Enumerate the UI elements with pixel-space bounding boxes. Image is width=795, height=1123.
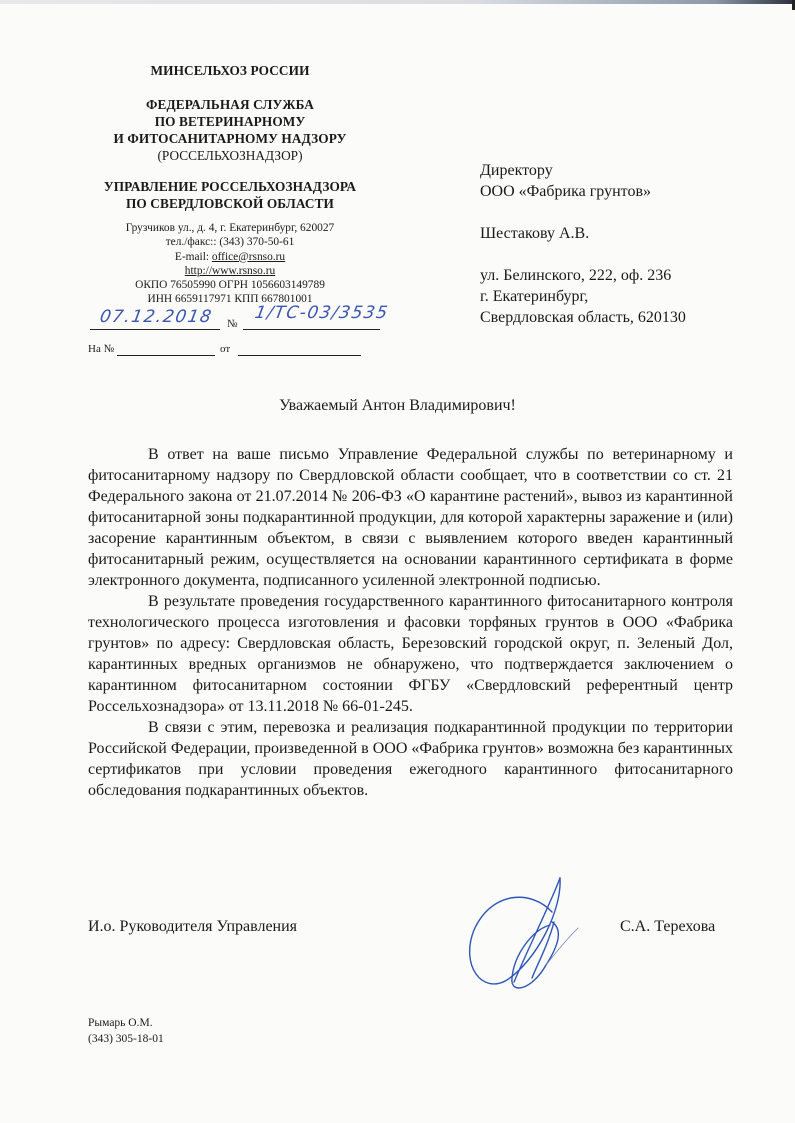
body-paragraph-3: В связи с этим, перевозка и реализация п… (88, 717, 733, 801)
date-line (90, 329, 220, 330)
org-phone: тел./факс:: (343) 370-50-61 (80, 235, 380, 249)
service-line-1: ФЕДЕРАЛЬНАЯ СЛУЖБА (80, 96, 380, 113)
signatory-role: И.о. Руководителя Управления (88, 918, 297, 936)
letterhead-ministry: МИНСЕЛЬХОЗ РОССИИ (80, 62, 380, 79)
reply-to-line (117, 355, 215, 356)
email-label: E-mail: (175, 251, 212, 263)
signatory-name: С.А. Терехова (620, 918, 715, 936)
service-line-3: И ФИТОСАНИТАРНОМУ НАДЗОРУ (80, 130, 380, 147)
addressee-company: ООО «Фабрика грунтов» (480, 181, 686, 202)
email-link[interactable]: office@rsnso.ru (212, 251, 285, 263)
number-line (243, 329, 380, 330)
website-link[interactable]: http://www.rsnso.ru (80, 264, 380, 278)
department-line-2: ПО СВЕРДЛОВСКОЙ ОБЛАСТИ (80, 195, 380, 212)
addressee-street: ул. Белинского, 222, оф. 236 (480, 265, 686, 286)
letterhead-service: ФЕДЕРАЛЬНАЯ СЛУЖБА ПО ВЕТЕРИНАРНОМУ И ФИ… (80, 96, 380, 164)
letterhead-department: УПРАВЛЕНИЕ РОССЕЛЬХОЗНАДЗОРА ПО СВЕРДЛОВ… (80, 178, 380, 212)
body-paragraph-2: В результате проведения государственного… (88, 591, 733, 717)
from-line (238, 355, 361, 356)
handwritten-number: 1/ТС-03/3535 (253, 303, 390, 323)
handwritten-signature-icon (452, 870, 612, 1000)
handwritten-date: 07.12.2018 (98, 307, 214, 327)
addressee-position: Директору (480, 160, 686, 181)
salutation: Уважаемый Антон Владимирович! (0, 397, 795, 415)
executor-name: Рымарь О.М. (88, 1015, 164, 1031)
salutation-text: Уважаемый Антон Владимирович! (279, 397, 516, 414)
number-label: № (227, 318, 238, 330)
reply-to-label: На № (88, 343, 114, 355)
service-short-name: (РОССЕЛЬХОЗНАДЗОР) (80, 147, 380, 164)
executor-phone: (343) 305-18-01 (88, 1031, 164, 1047)
org-address: Грузчиков ул., д. 4, г. Екатеринбург, 62… (80, 221, 380, 235)
body-paragraph-1: В ответ на ваше письмо Управление Федера… (88, 444, 733, 591)
service-line-2: ПО ВЕТЕРИНАРНОМУ (80, 113, 380, 130)
letterhead-contacts: Грузчиков ул., д. 4, г. Екатеринбург, 62… (80, 221, 380, 307)
addressee-city: г. Екатеринбург, (480, 286, 686, 307)
letter-body: В ответ на ваше письмо Управление Федера… (88, 444, 733, 801)
ministry-name: МИНСЕЛЬХОЗ РОССИИ (80, 62, 380, 79)
department-line-1: УПРАВЛЕНИЕ РОССЕЛЬХОЗНАДЗОРА (80, 178, 380, 195)
addressee-name: Шестакову А.В. (480, 223, 686, 244)
org-email-line: E-mail: office@rsnso.ru (80, 250, 380, 264)
org-okpo-ogrn: ОКПО 76505990 ОГРН 1056603149789 (80, 278, 380, 292)
executor-block: Рымарь О.М. (343) 305-18-01 (88, 1015, 164, 1047)
from-label: от (220, 343, 230, 355)
addressee-block: Директору ООО «Фабрика грунтов» Шестаков… (480, 160, 686, 328)
addressee-region: Свердловская область, 620130 (480, 307, 686, 328)
scan-top-edge (0, 0, 795, 4)
